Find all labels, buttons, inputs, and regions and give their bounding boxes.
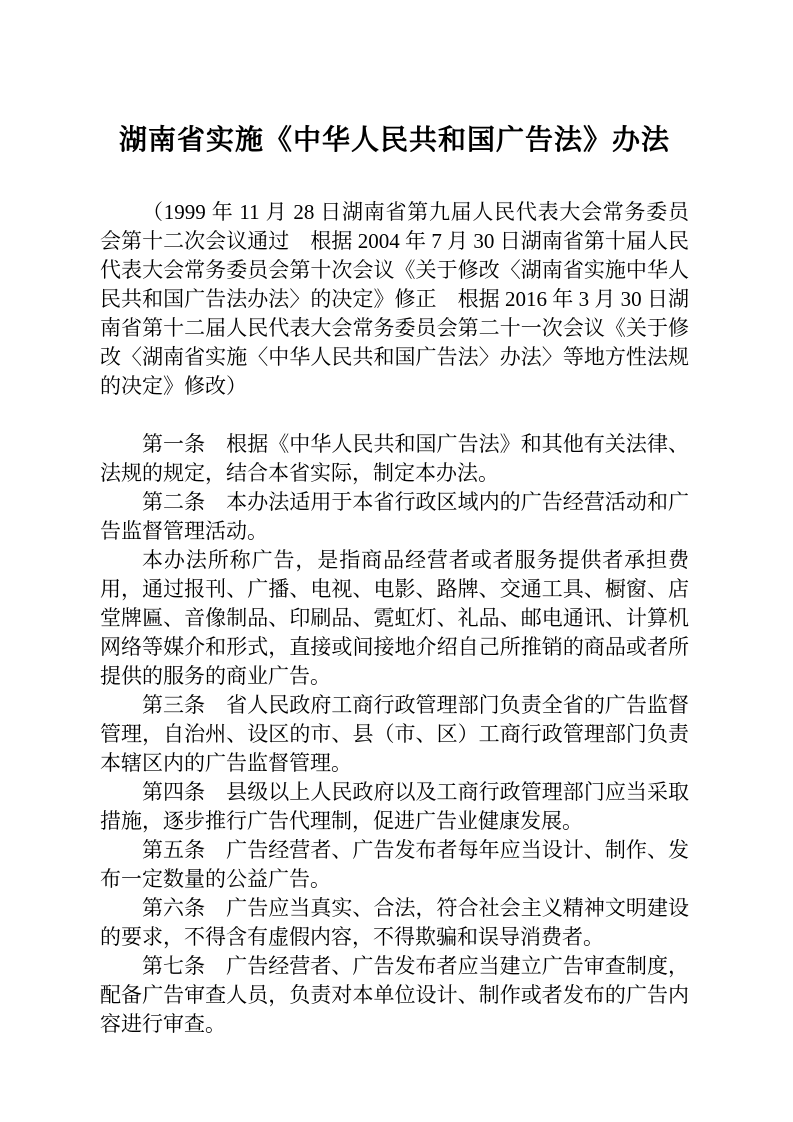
paragraph-article-7: 第七条 广告经营者、广告发布者应当建立广告审查制度，配备广告审查人员，负责对本单…: [100, 952, 689, 1039]
paragraph-article-5: 第五条 广告经营者、广告发布者每年应当设计、制作、发布一定数量的公益广告。: [100, 836, 689, 894]
document-title: 湖南省实施《中华人民共和国广告法》办法: [100, 124, 689, 158]
articles-section: 第一条 根据《中华人民共和国广告法》和其他有关法律、法规的规定，结合本省实际，制…: [100, 430, 689, 1039]
paragraph-article-4: 第四条 县级以上人民政府以及工商行政管理部门应当采取措施，逐步推行广告代理制，促…: [100, 778, 689, 836]
paragraph-article-1: 第一条 根据《中华人民共和国广告法》和其他有关法律、法规的规定，结合本省实际，制…: [100, 430, 689, 488]
document-page: 湖南省实施《中华人民共和国广告法》办法 （1999 年 11 月 28 日湖南省…: [0, 0, 793, 1122]
preamble-paragraph: （1999 年 11 月 28 日湖南省第九届人民代表大会常务委员会第十二次会议…: [100, 198, 689, 401]
paragraph-article-2-cont: 本办法所称广告，是指商品经营者或者服务提供者承担费用，通过报刊、广播、电视、电影…: [100, 546, 689, 691]
paragraph-article-2: 第二条 本办法适用于本省行政区域内的广告经营活动和广告监督管理活动。: [100, 488, 689, 546]
paragraph-article-3: 第三条 省人民政府工商行政管理部门负责全省的广告监督管理，自治州、设区的市、县（…: [100, 691, 689, 778]
paragraph-article-6: 第六条 广告应当真实、合法，符合社会主义精神文明建设的要求，不得含有虚假内容，不…: [100, 894, 689, 952]
